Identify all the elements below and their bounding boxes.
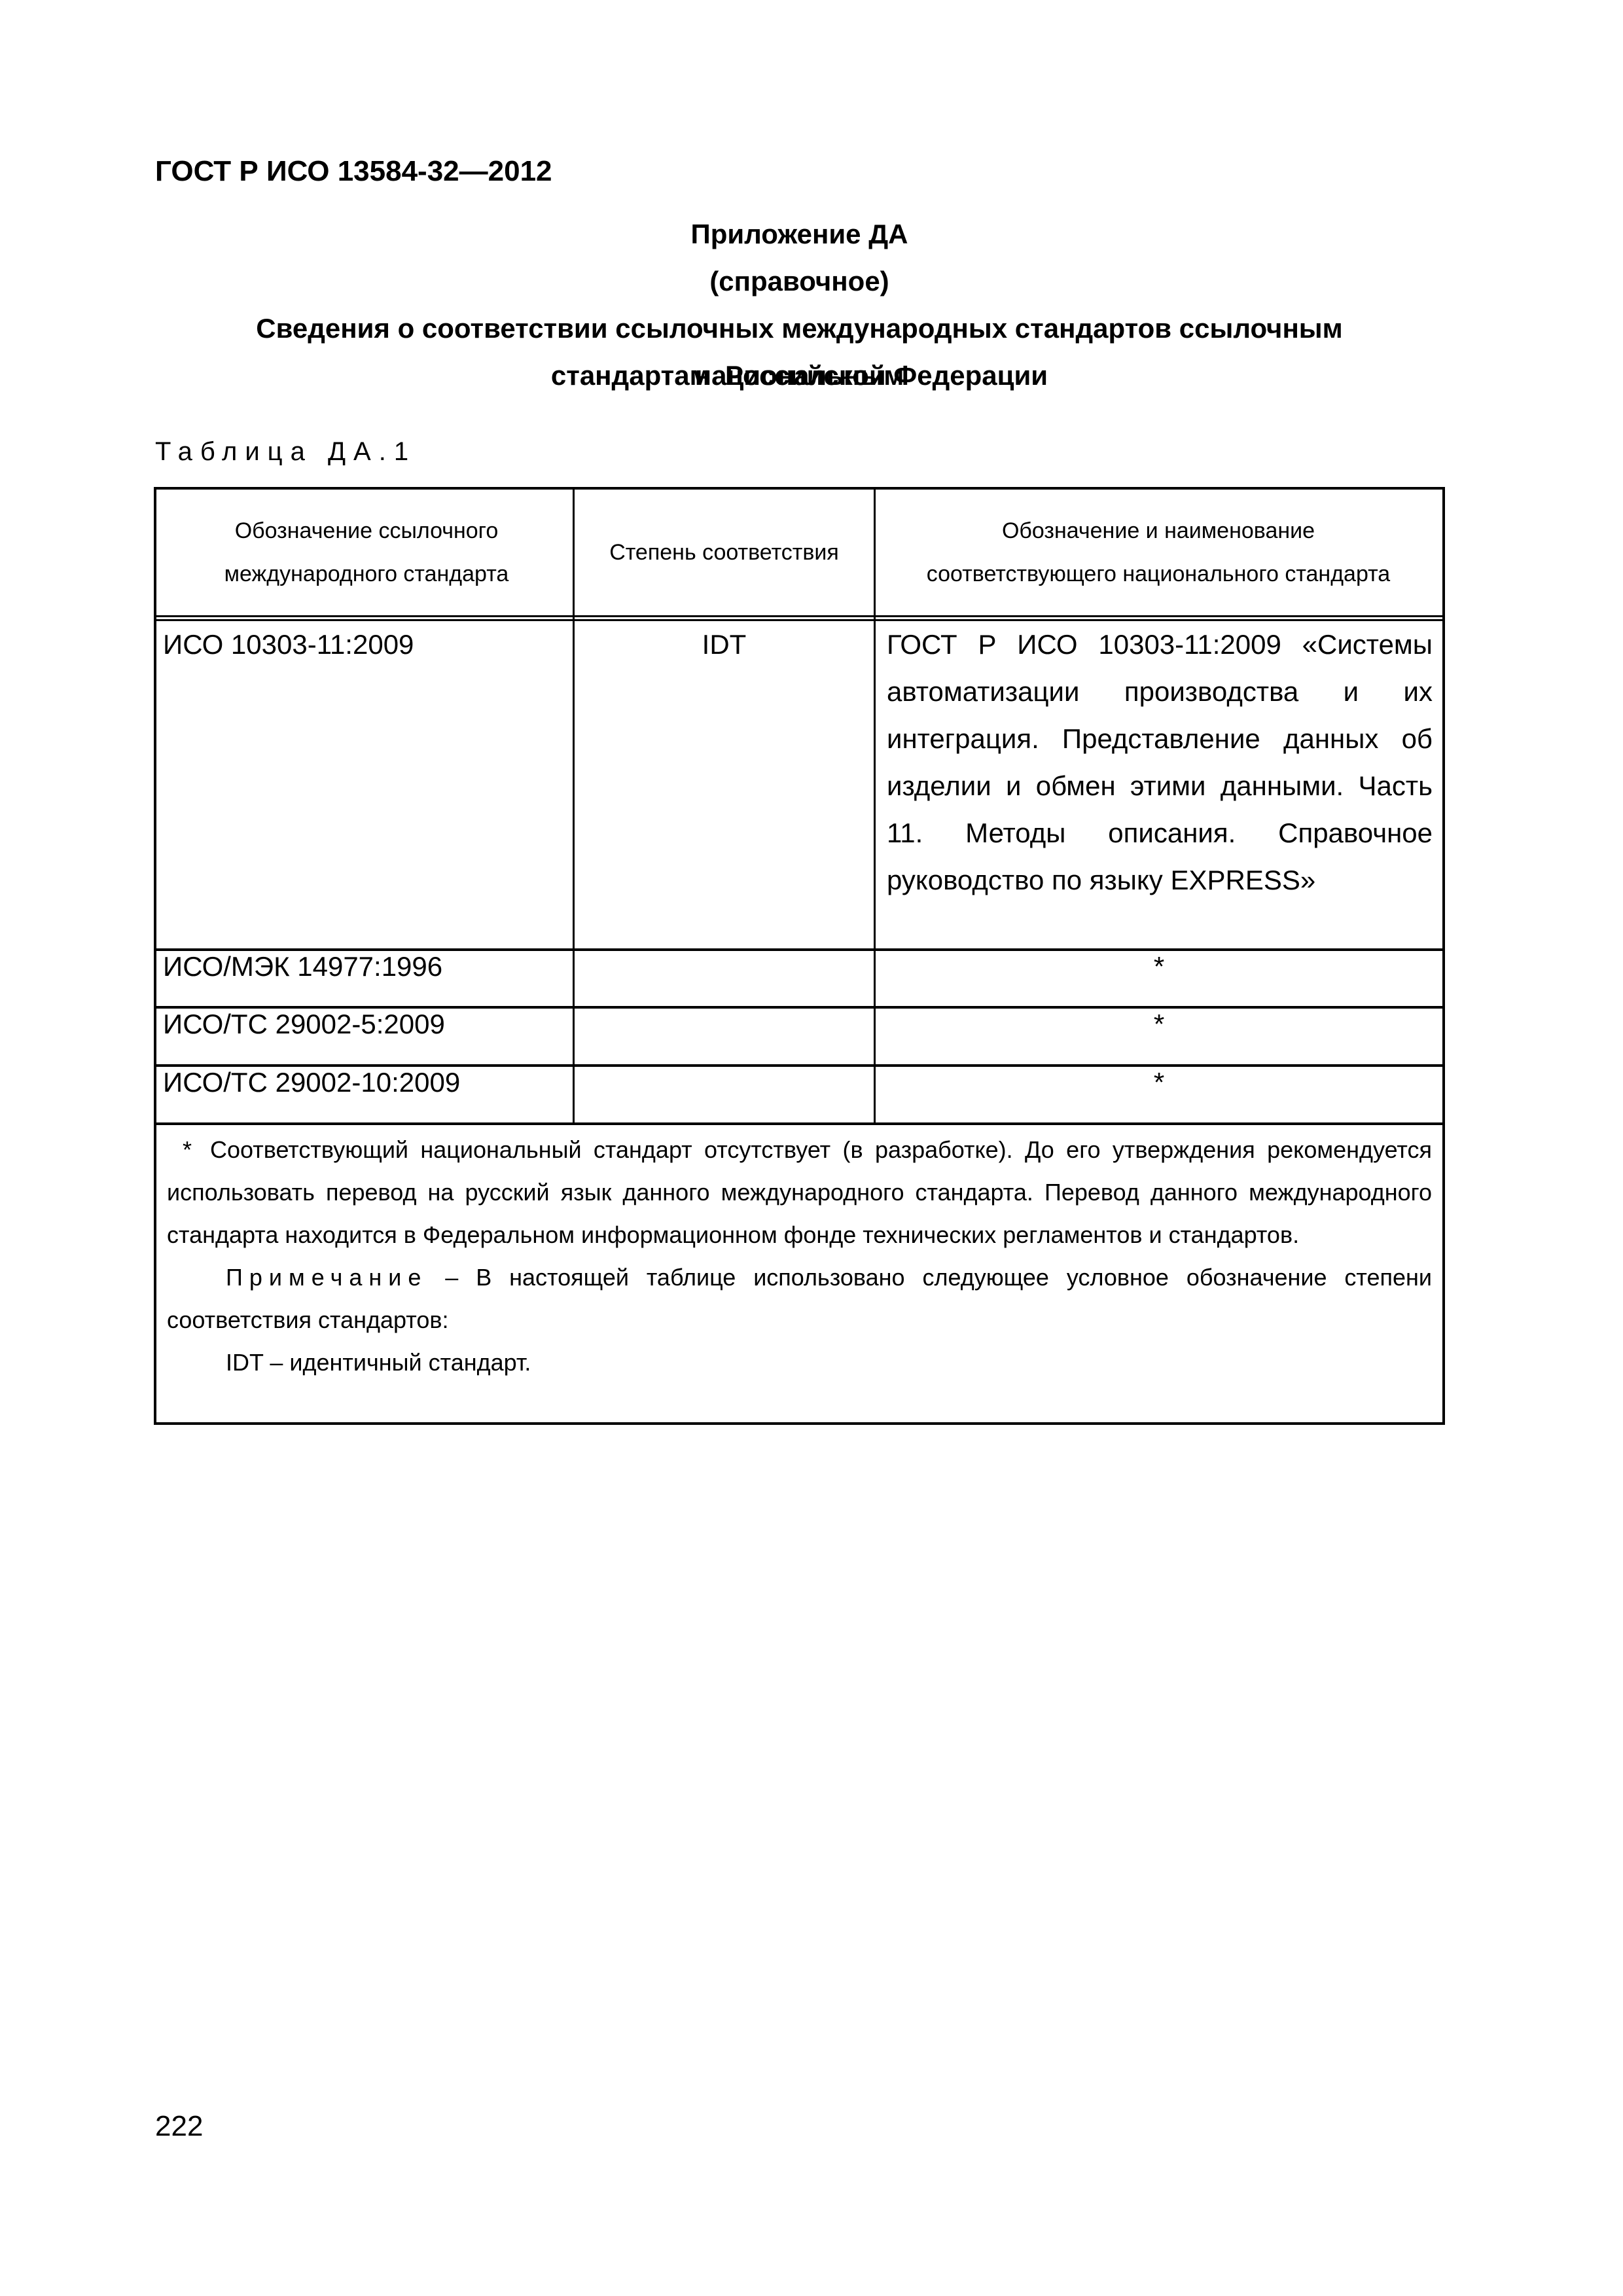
- table-row: ИСО/ТС 29002-10:2009 *: [154, 1067, 1445, 1122]
- cell-national-standard: *: [876, 943, 1442, 990]
- document-code: ГОСТ Р ИСО 13584-32—2012: [155, 154, 552, 188]
- correspondence-table: Обозначение ссылочного международного ст…: [154, 487, 1445, 1425]
- cell-intl-standard: ИСО 10303-11:2009: [163, 621, 569, 668]
- table-footnote: *Соответствующий национальный стандарт о…: [167, 1128, 1432, 1384]
- cell-national-standard: *: [876, 1059, 1442, 1106]
- cell-intl-standard: ИСО/ТС 29002-5:2009: [163, 1001, 569, 1048]
- header-intl-standard: Обозначение ссылочного международного ст…: [193, 490, 540, 615]
- table-row: ИСО/ТС 29002-5:2009 *: [154, 1009, 1445, 1064]
- appendix-type: (справочное): [154, 258, 1445, 305]
- footnote-text: Соответствующий национальный стандарт от…: [167, 1136, 1432, 1248]
- abbreviation-line: IDT – идентичный стандарт.: [167, 1341, 1432, 1384]
- note-paragraph: Примечание – В настоящей таблице использ…: [167, 1256, 1432, 1341]
- cell-national-standard: ГОСТ Р ИСО 10303-11:2009 «Системы автома…: [887, 621, 1433, 904]
- table-row: ИСО/МЭК 14977:1996 *: [154, 951, 1445, 1006]
- header-degree: Степень соответствия: [575, 490, 874, 615]
- note-label: Примечание: [226, 1264, 427, 1291]
- header-degree-label: Степень соответствия: [609, 531, 839, 574]
- footnote-marker: *: [183, 1136, 192, 1163]
- cell-intl-standard: ИСО/ТС 29002-10:2009: [163, 1059, 569, 1106]
- cell-degree: IDT: [575, 621, 874, 668]
- appendix-title: Приложение ДА: [154, 211, 1445, 258]
- header-rule-1: [154, 615, 1445, 617]
- cell-intl-standard: ИСО/МЭК 14977:1996: [163, 943, 569, 990]
- table-row: ИСО 10303-11:2009 IDT ГОСТ Р ИСО 10303-1…: [154, 621, 1445, 948]
- appendix-heading-line2: стандартам Российской Федерации: [154, 352, 1445, 399]
- header-national-standard: Обозначение и наименование соответствующ…: [906, 490, 1410, 615]
- page-number: 222: [155, 2110, 203, 2143]
- header-intl-standard-label: Обозначение ссылочного международного ст…: [193, 509, 540, 596]
- cell-national-standard: *: [876, 1001, 1442, 1048]
- footnote-paragraph: *Соответствующий национальный стандарт о…: [167, 1128, 1432, 1256]
- table-label: Таблица ДА.1: [155, 436, 416, 467]
- header-national-standard-label: Обозначение и наименование соответствующ…: [906, 509, 1410, 596]
- row-rule: [154, 1122, 1445, 1125]
- table-border-bottom: [154, 1422, 1445, 1425]
